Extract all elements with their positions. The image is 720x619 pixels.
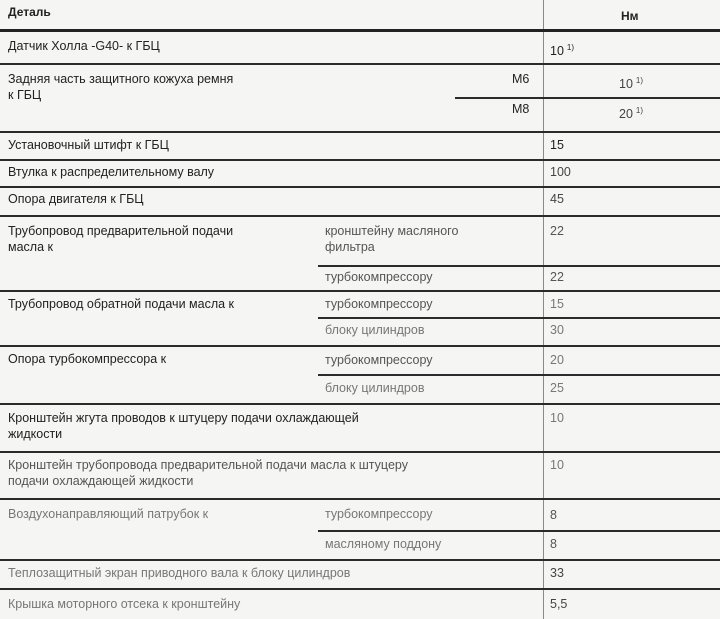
row-part: Втулка к распределительному валу [8, 165, 214, 180]
row-sub-label: кронштейну масляного [325, 224, 458, 239]
row-divider [0, 131, 720, 133]
column-divider [543, 0, 544, 619]
row-part-cont: подачи охлаждающей жидкости [8, 474, 193, 489]
row-sub-label: блоку цилиндров [325, 323, 424, 338]
row-part: Установочный штифт к ГБЦ [8, 138, 169, 153]
row-part: Кронштейн жгута проводов к штуцеру подач… [8, 411, 359, 426]
row-value: 10 [550, 458, 564, 473]
row-sub-value: 15 [550, 297, 564, 312]
row-sub-value: 8 [550, 508, 557, 523]
row-part: Опора турбокомпрессора к [8, 352, 166, 367]
header-torque: Нм [621, 9, 639, 24]
row-sub-value: 22 [550, 270, 564, 285]
row-sub-label: масляному поддону [325, 537, 441, 552]
row-value: 5,5 [550, 597, 567, 612]
row-part-cont: к ГБЦ [8, 88, 41, 103]
row-sub-label-cont: фильтра [325, 240, 375, 255]
row-part: Задняя часть защитного кожуха ремня [8, 72, 233, 87]
row-divider [0, 345, 720, 347]
row-sub-value: 20 [550, 353, 564, 368]
row-sub-label: турбокомпрессору [325, 297, 433, 312]
row-part: Кронштейн трубопровода предварительной п… [8, 458, 408, 473]
row-divider [0, 63, 720, 65]
header-part: Деталь [8, 5, 51, 20]
row-sub-value: 30 [550, 323, 564, 338]
row-sub-value: 101) [619, 73, 643, 92]
row-divider [0, 498, 720, 500]
row-divider [0, 559, 720, 561]
sub-row-divider [318, 374, 720, 376]
sub-row-divider [318, 317, 720, 319]
row-divider [0, 451, 720, 453]
row-divider [0, 159, 720, 161]
sub-row-divider [318, 530, 720, 532]
sub-row-divider [455, 97, 720, 99]
header-divider [0, 29, 720, 32]
row-sub-value: 8 [550, 537, 557, 552]
row-value: 45 [550, 192, 564, 207]
row-part: Трубопровод обратной подачи масла к [8, 297, 234, 312]
row-part: Датчик Холла -G40- к ГБЦ [8, 39, 160, 54]
torque-spec-table: Деталь Нм Датчик Холла -G40- к ГБЦ 101) … [0, 0, 720, 619]
row-part: Опора двигателя к ГБЦ [8, 192, 144, 207]
row-sub-label: турбокомпрессору [325, 353, 433, 368]
row-part: Воздухонаправляющий патрубок к [8, 507, 208, 522]
row-part: Теплозащитный экран приводного вала к бл… [8, 566, 350, 581]
row-divider [0, 186, 720, 188]
row-value: 101) [550, 40, 574, 59]
row-sub-value: 25 [550, 381, 564, 396]
row-value: 15 [550, 138, 564, 153]
row-sub-label: турбокомпрессору [325, 507, 433, 522]
row-sub-label: блоку цилиндров [325, 381, 424, 396]
row-part-cont: масла к [8, 240, 53, 255]
row-divider [0, 290, 720, 292]
row-divider [0, 215, 720, 217]
row-sub-label: турбокомпрессору [325, 270, 433, 285]
row-value: 33 [550, 566, 564, 581]
row-sub-label: M6 [512, 72, 529, 87]
row-part: Крышка моторного отсека к кронштейну [8, 597, 240, 612]
row-sub-value: 201) [619, 103, 643, 122]
row-value: 100 [550, 165, 571, 180]
row-sub-label: M8 [512, 102, 529, 117]
row-part-cont: жидкости [8, 427, 62, 442]
row-sub-value: 22 [550, 224, 564, 239]
row-divider [0, 588, 720, 590]
row-part: Трубопровод предварительной подачи [8, 224, 233, 239]
row-divider [0, 403, 720, 405]
sub-row-divider [318, 265, 720, 267]
row-value: 10 [550, 411, 564, 426]
